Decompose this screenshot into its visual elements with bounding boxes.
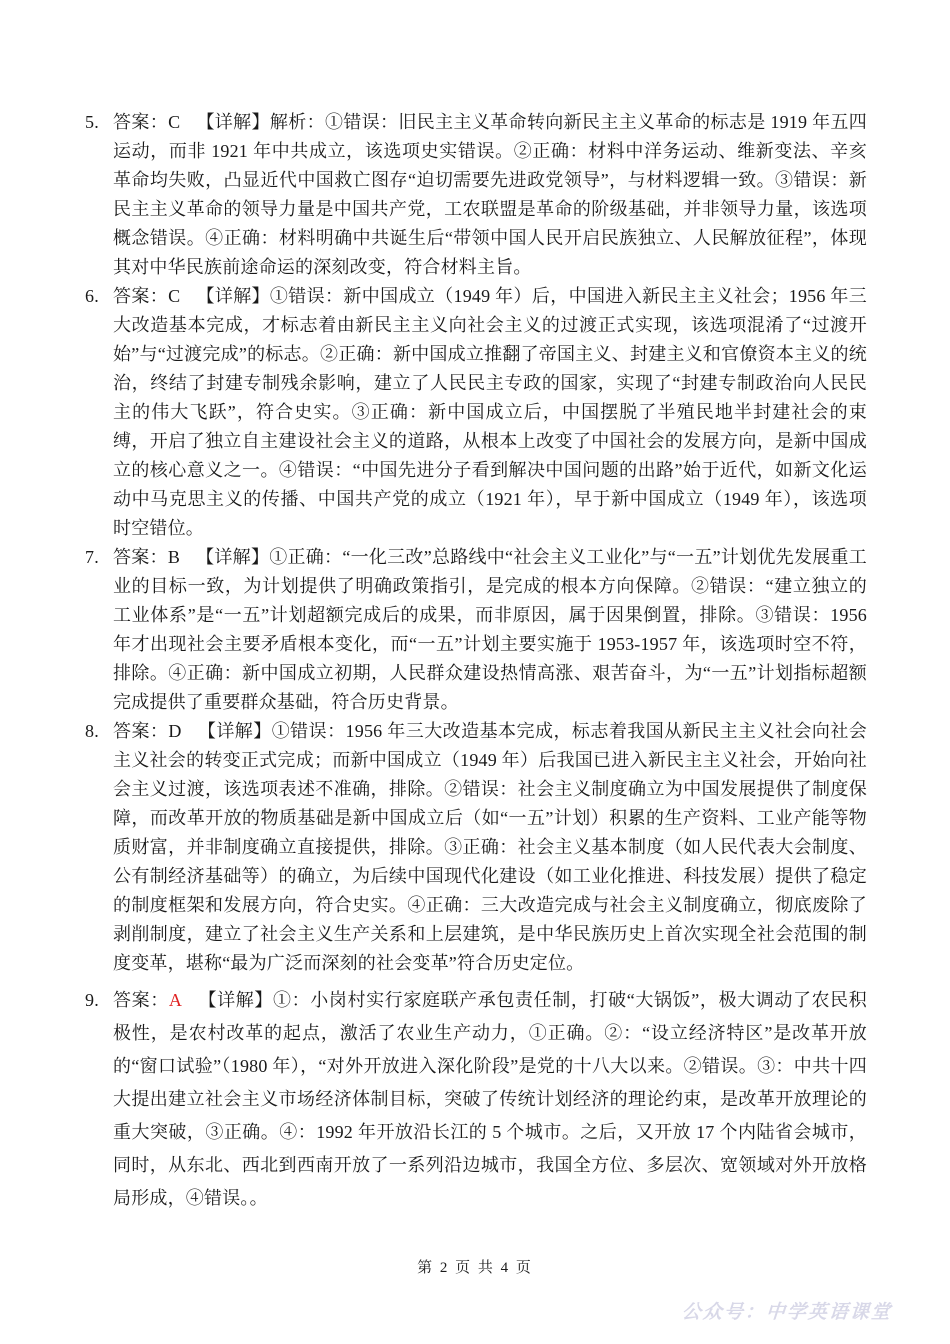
answer-letter: C [168, 112, 180, 132]
detail-label: 【详解】 [196, 547, 269, 567]
document-page: 5.答案：C【详解】解析：①错误：旧民主主义革命转向新民主主义革命的标志是 19… [0, 0, 950, 1344]
answer-item-7: 7.答案：B【详解】①正确：“一化三改”总路线中“社会主义工业化”与“一五”计划… [85, 543, 867, 717]
item-number: 9. [85, 984, 99, 1017]
answer-label: 答案： [113, 721, 168, 741]
explanation-text: 解析：①错误：旧民主主义革命转向新民主主义革命的标志是 1919 年五四运动，而… [113, 112, 867, 277]
answer-letter: C [168, 286, 180, 306]
detail-label: 【详解】 [196, 112, 270, 132]
answer-item-6: 6.答案：C【详解】①错误：新中国成立（1949 年）后，中国进入新民主主义社会… [85, 282, 867, 543]
detail-label: 【详解】 [198, 990, 273, 1010]
explanation-text: ①错误：新中国成立（1949 年）后，中国进入新民主主义社会；1956 年三大改… [113, 286, 867, 538]
answer-item-5: 5.答案：C【详解】解析：①错误：旧民主主义革命转向新民主主义革命的标志是 19… [85, 108, 867, 282]
answer-letter: D [168, 721, 181, 741]
detail-label: 【详解】 [198, 721, 272, 741]
item-number: 6. [85, 282, 99, 311]
answer-letter: A [169, 990, 182, 1010]
answer-label: 答案： [113, 547, 168, 567]
answer-label: 答案： [113, 112, 168, 132]
detail-label: 【详解】 [196, 286, 270, 306]
watermark-text: 公众号：中学英语课堂 [681, 1297, 893, 1324]
answer-label: 答案： [113, 286, 168, 306]
answer-explanation-list: 5.答案：C【详解】解析：①错误：旧民主主义革命转向新民主主义革命的标志是 19… [85, 108, 867, 1215]
item-number: 5. [85, 108, 99, 137]
item-number: 8. [85, 717, 99, 746]
explanation-text: ①：小岗村实行家庭联产承包责任制，打破“大锅饭”，极大调动了农民积极性，是农村改… [113, 990, 867, 1208]
item-number: 7. [85, 543, 99, 572]
answer-letter: B [168, 547, 180, 567]
explanation-text: ①正确：“一化三改”总路线中“社会主义工业化”与“一五”计划优先发展重工业的目标… [113, 547, 867, 712]
answer-item-9: 9.答案：A【详解】①：小岗村实行家庭联产承包责任制，打破“大锅饭”，极大调动了… [85, 984, 867, 1215]
page-number-footer: 第 2 页 共 4 页 [0, 1256, 950, 1277]
answer-item-8: 8.答案：D【详解】①错误：1956 年三大改造基本完成，标志着我国从新民主主义… [85, 717, 867, 978]
answer-label: 答案： [113, 990, 169, 1010]
explanation-text: ①错误：1956 年三大改造基本完成，标志着我国从新民主主义社会向社会主义社会的… [113, 721, 867, 973]
